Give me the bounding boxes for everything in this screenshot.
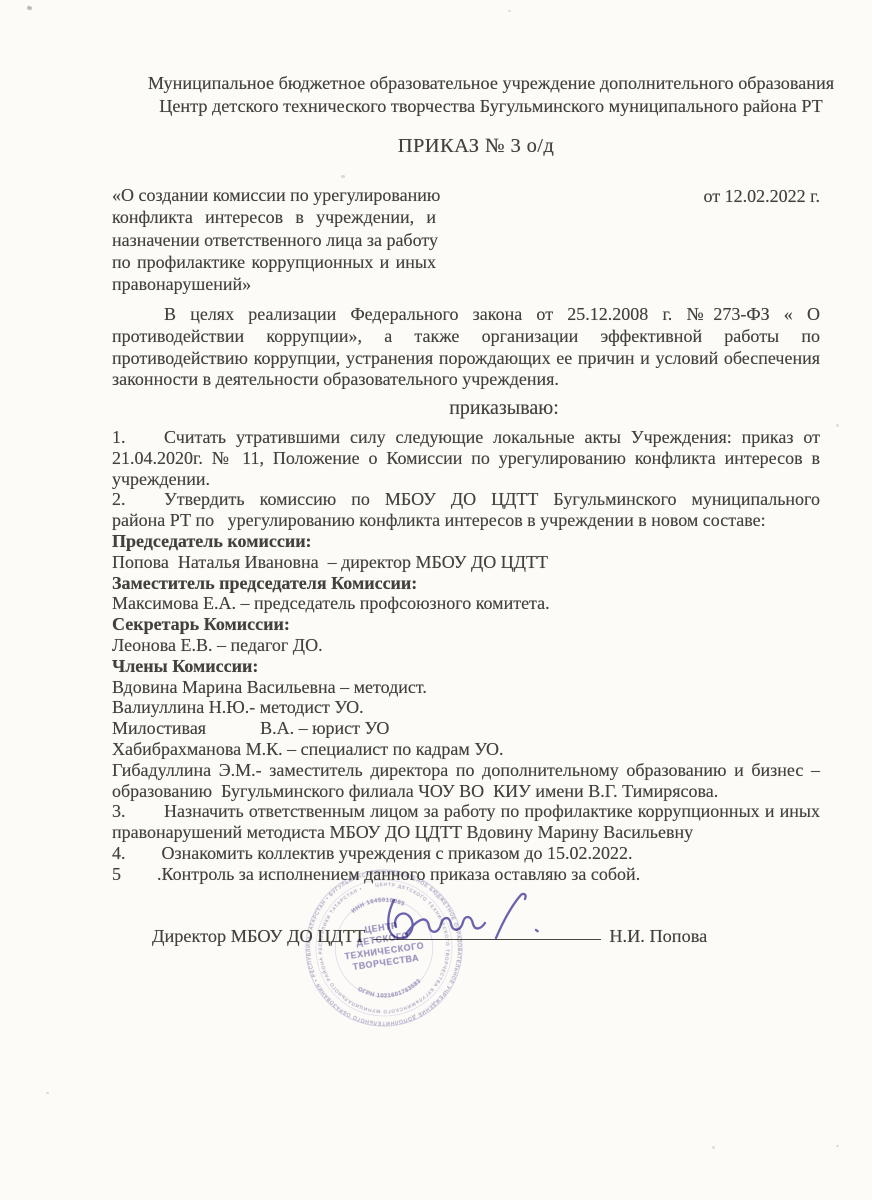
subject-line: правонарушений» <box>112 273 436 295</box>
item-1-number: 1. <box>112 427 164 448</box>
signatory-name: Н.И. Попова <box>609 926 707 946</box>
order-subject: «О создании комиссии по урегулированию к… <box>112 184 436 295</box>
role-person-secretary: Леонова Е.В. – педагог ДО. <box>112 635 820 656</box>
preamble-line: законности в деятельности образовательно… <box>112 369 820 391</box>
subject-line: назначении ответственного лица за работу <box>112 229 436 251</box>
order-items: 1.Считать утратившими силу следующие лок… <box>112 427 820 885</box>
order-title: ПРИКАЗ № 3 о/д <box>122 135 830 158</box>
item-3-line: 3.Назначить ответственным лицом за работ… <box>112 801 820 822</box>
item-3-line: правонарушений методиста МБОУ ДО ЦДТТ Вд… <box>112 822 820 843</box>
member-line: Валиуллина Н.Ю.- методист УО. <box>112 697 820 718</box>
item-1-line: 21.04.2020г. № 11, Положение о Комиссии … <box>112 448 820 469</box>
item-1-line: учреждении. <box>112 469 820 490</box>
member-line: Хабибрахманова М.К. – специалист по кадр… <box>112 739 820 760</box>
role-heading-chairman: Председатель комиссии: <box>112 531 820 552</box>
member-line: образованию Бугульминского филиала ЧОУ В… <box>112 781 820 802</box>
preamble-line: противодействии коррупции», а также орга… <box>112 326 820 348</box>
scan-speck <box>26 5 32 10</box>
subject-line: конфликта интересов в учреждении, и <box>112 206 436 228</box>
signature-stroke-main <box>388 900 412 938</box>
preamble-line: противодействию коррупции, устранения по… <box>112 348 820 370</box>
org-header: Муниципальное бюджетное образовательное … <box>137 72 845 117</box>
document-page: Муниципальное бюджетное образовательное … <box>0 0 872 1200</box>
order-date: от 12.02.2022 г. <box>704 186 820 207</box>
item-4-line: 4. Ознакомить коллектив учреждения с при… <box>112 843 820 864</box>
role-heading-secretary: Секретарь Комиссии: <box>112 614 820 635</box>
scan-speck <box>508 10 511 12</box>
item-5-line: 5 .Контроль за исполнением данного прика… <box>112 864 820 885</box>
role-heading-members: Члены Комиссии: <box>112 656 820 677</box>
subject-line: «О создании комиссии по урегулированию <box>112 184 436 206</box>
member-line: Гибадуллина Э.М.- заместитель директора … <box>112 760 820 781</box>
scan-speck <box>341 175 345 178</box>
member-line: Вдовина Марина Васильевна – методист. <box>112 677 820 698</box>
scan-speck <box>46 1092 49 1094</box>
member-line: Милостивая В.А. – юрист УО <box>112 718 820 739</box>
item-3-number: 3. <box>112 801 164 822</box>
item-2-line: 2.Утвердить комиссию по МБОУ ДО ЦДТТ Буг… <box>112 489 820 510</box>
role-person-deputy: Максимова Е.А. – председатель профсоюзно… <box>112 593 820 614</box>
signature-stroke-dot <box>536 930 538 931</box>
preamble-line: В целях реализации Федерального закона о… <box>112 304 820 326</box>
item-2-text: Утвердить комиссию по МБОУ ДО ЦДТТ Бугул… <box>164 489 820 509</box>
preamble: В целях реализации Федерального закона о… <box>112 304 820 391</box>
signature-stroke-loops <box>406 917 485 934</box>
org-name-line1: Муниципальное бюджетное образовательное … <box>137 72 845 95</box>
scan-speck <box>836 424 839 427</box>
org-name-line2: Центр детского технического творчества Б… <box>137 95 845 118</box>
item-3-text: Назначить ответственным лицом за работу … <box>164 801 820 821</box>
role-person-chairman: Попова Наталья Ивановна – директор МБОУ … <box>112 552 820 573</box>
stamp-ogrn-text: ОГРН 1021601763583 <box>356 978 424 1004</box>
decree-word: приказываю: <box>150 397 858 420</box>
subject-line: по профилактике коррупционных и иных <box>112 251 436 273</box>
signature-stroke-flourish <box>496 894 526 938</box>
director-signature-ink <box>382 884 552 956</box>
role-heading-deputy: Заместитель председателя Комиссии: <box>112 573 820 594</box>
item-1-line: 1.Считать утратившими силу следующие лок… <box>112 427 820 448</box>
item-2-line: района РТ по урегулированию конфликта ин… <box>112 510 820 531</box>
item-2-number: 2. <box>112 489 164 510</box>
scan-speck <box>712 1146 715 1149</box>
scan-speck <box>836 1145 839 1147</box>
item-1-text: Считать утратившими силу следующие локал… <box>164 427 820 447</box>
